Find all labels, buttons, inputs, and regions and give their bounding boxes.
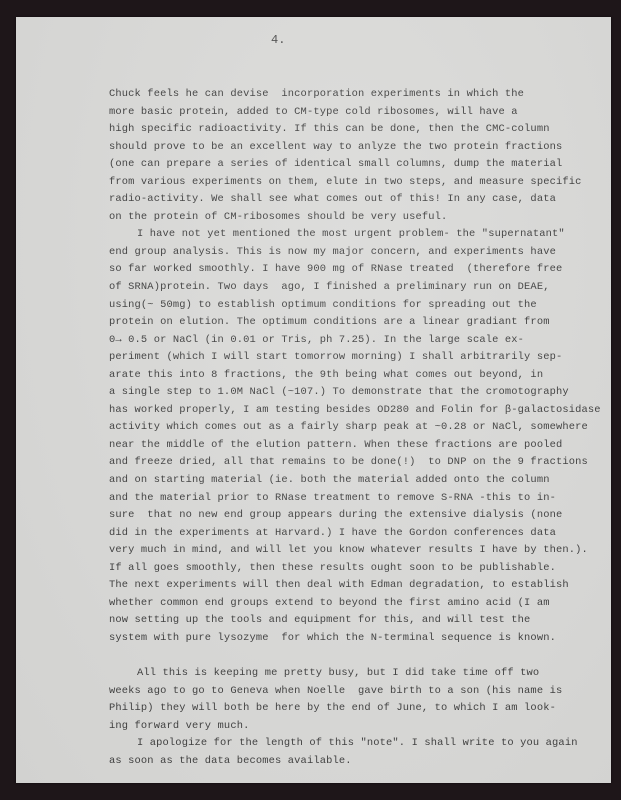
text-line: of SRNA)protein. Two days ago, I finishe… — [109, 279, 569, 297]
text-line: periment (which I will start tomorrow mo… — [109, 349, 569, 367]
text-line: did in the experiments at Harvard.) I ha… — [109, 525, 569, 543]
text-line: 0→ 0.5 or NaCl (in 0.01 or Tris, ph 7.25… — [109, 332, 569, 350]
text-line: near the middle of the elution pattern. … — [109, 437, 569, 455]
text-line: All this is keeping me pretty busy, but … — [109, 665, 569, 683]
text-line: If all goes smoothly, then these results… — [109, 560, 569, 578]
paragraph-1: Chuck feels he can devise incorporation … — [109, 86, 569, 226]
text-line: and the material prior to RNase treatmen… — [109, 490, 569, 508]
text-line: and freeze dried, all that remains to be… — [109, 454, 569, 472]
text-line: should prove to be an excellent way to a… — [109, 139, 569, 157]
text-line: radio-activity. We shall see what comes … — [109, 191, 569, 209]
text-line: so far worked smoothly. I have 900 mg of… — [109, 261, 569, 279]
paragraph-2: I have not yet mentioned the most urgent… — [109, 226, 569, 665]
text-line: weeks ago to go to Geneva when Noelle ga… — [109, 683, 569, 701]
text-line: very much in mind, and will let you know… — [109, 542, 569, 560]
text-line: and on starting material (ie. both the m… — [109, 472, 569, 490]
text-line: ing forward very much. — [109, 718, 569, 736]
text-line: from various experiments on them, elute … — [109, 174, 569, 192]
text-line — [109, 648, 569, 666]
text-line: using(~ 50mg) to establish optimum condi… — [109, 297, 569, 315]
text-line: on the protein of CM-ribosomes should be… — [109, 209, 569, 227]
text-line: I apologize for the length of this "note… — [109, 735, 569, 753]
text-line: now setting up the tools and equipment f… — [109, 612, 569, 630]
page-number: 4. — [271, 33, 285, 47]
text-line: sure that no new end group appears durin… — [109, 507, 569, 525]
text-line: whether common end groups extend to beyo… — [109, 595, 569, 613]
text-line: arate this into 8 fractions, the 9th bei… — [109, 367, 569, 385]
text-line: a single step to 1.0M NaCl (~107.) To de… — [109, 384, 569, 402]
text-line: high specific radioactivity. If this can… — [109, 121, 569, 139]
text-line: Chuck feels he can devise incorporation … — [109, 86, 569, 104]
text-line: activity which comes out as a fairly sha… — [109, 419, 569, 437]
text-line: more basic protein, added to CM-type col… — [109, 104, 569, 122]
text-line: system with pure lysozyme for which the … — [109, 630, 569, 648]
text-line: The next experiments will then deal with… — [109, 577, 569, 595]
text-line: has worked properly, I am testing beside… — [109, 402, 569, 420]
text-line: (one can prepare a series of identical s… — [109, 156, 569, 174]
paragraph-3: All this is keeping me pretty busy, but … — [109, 665, 569, 735]
letter-body: Chuck feels he can devise incorporation … — [109, 86, 569, 770]
text-line: end group analysis. This is now my major… — [109, 244, 569, 262]
text-line: protein on elution. The optimum conditio… — [109, 314, 569, 332]
text-line: Philip) they will both be here by the en… — [109, 700, 569, 718]
text-line: as soon as the data becomes available. — [109, 753, 569, 771]
letter-page: 4. Chuck feels he can devise incorporati… — [16, 17, 611, 783]
text-line: I have not yet mentioned the most urgent… — [109, 226, 569, 244]
paragraph-4: I apologize for the length of this "note… — [109, 735, 569, 770]
